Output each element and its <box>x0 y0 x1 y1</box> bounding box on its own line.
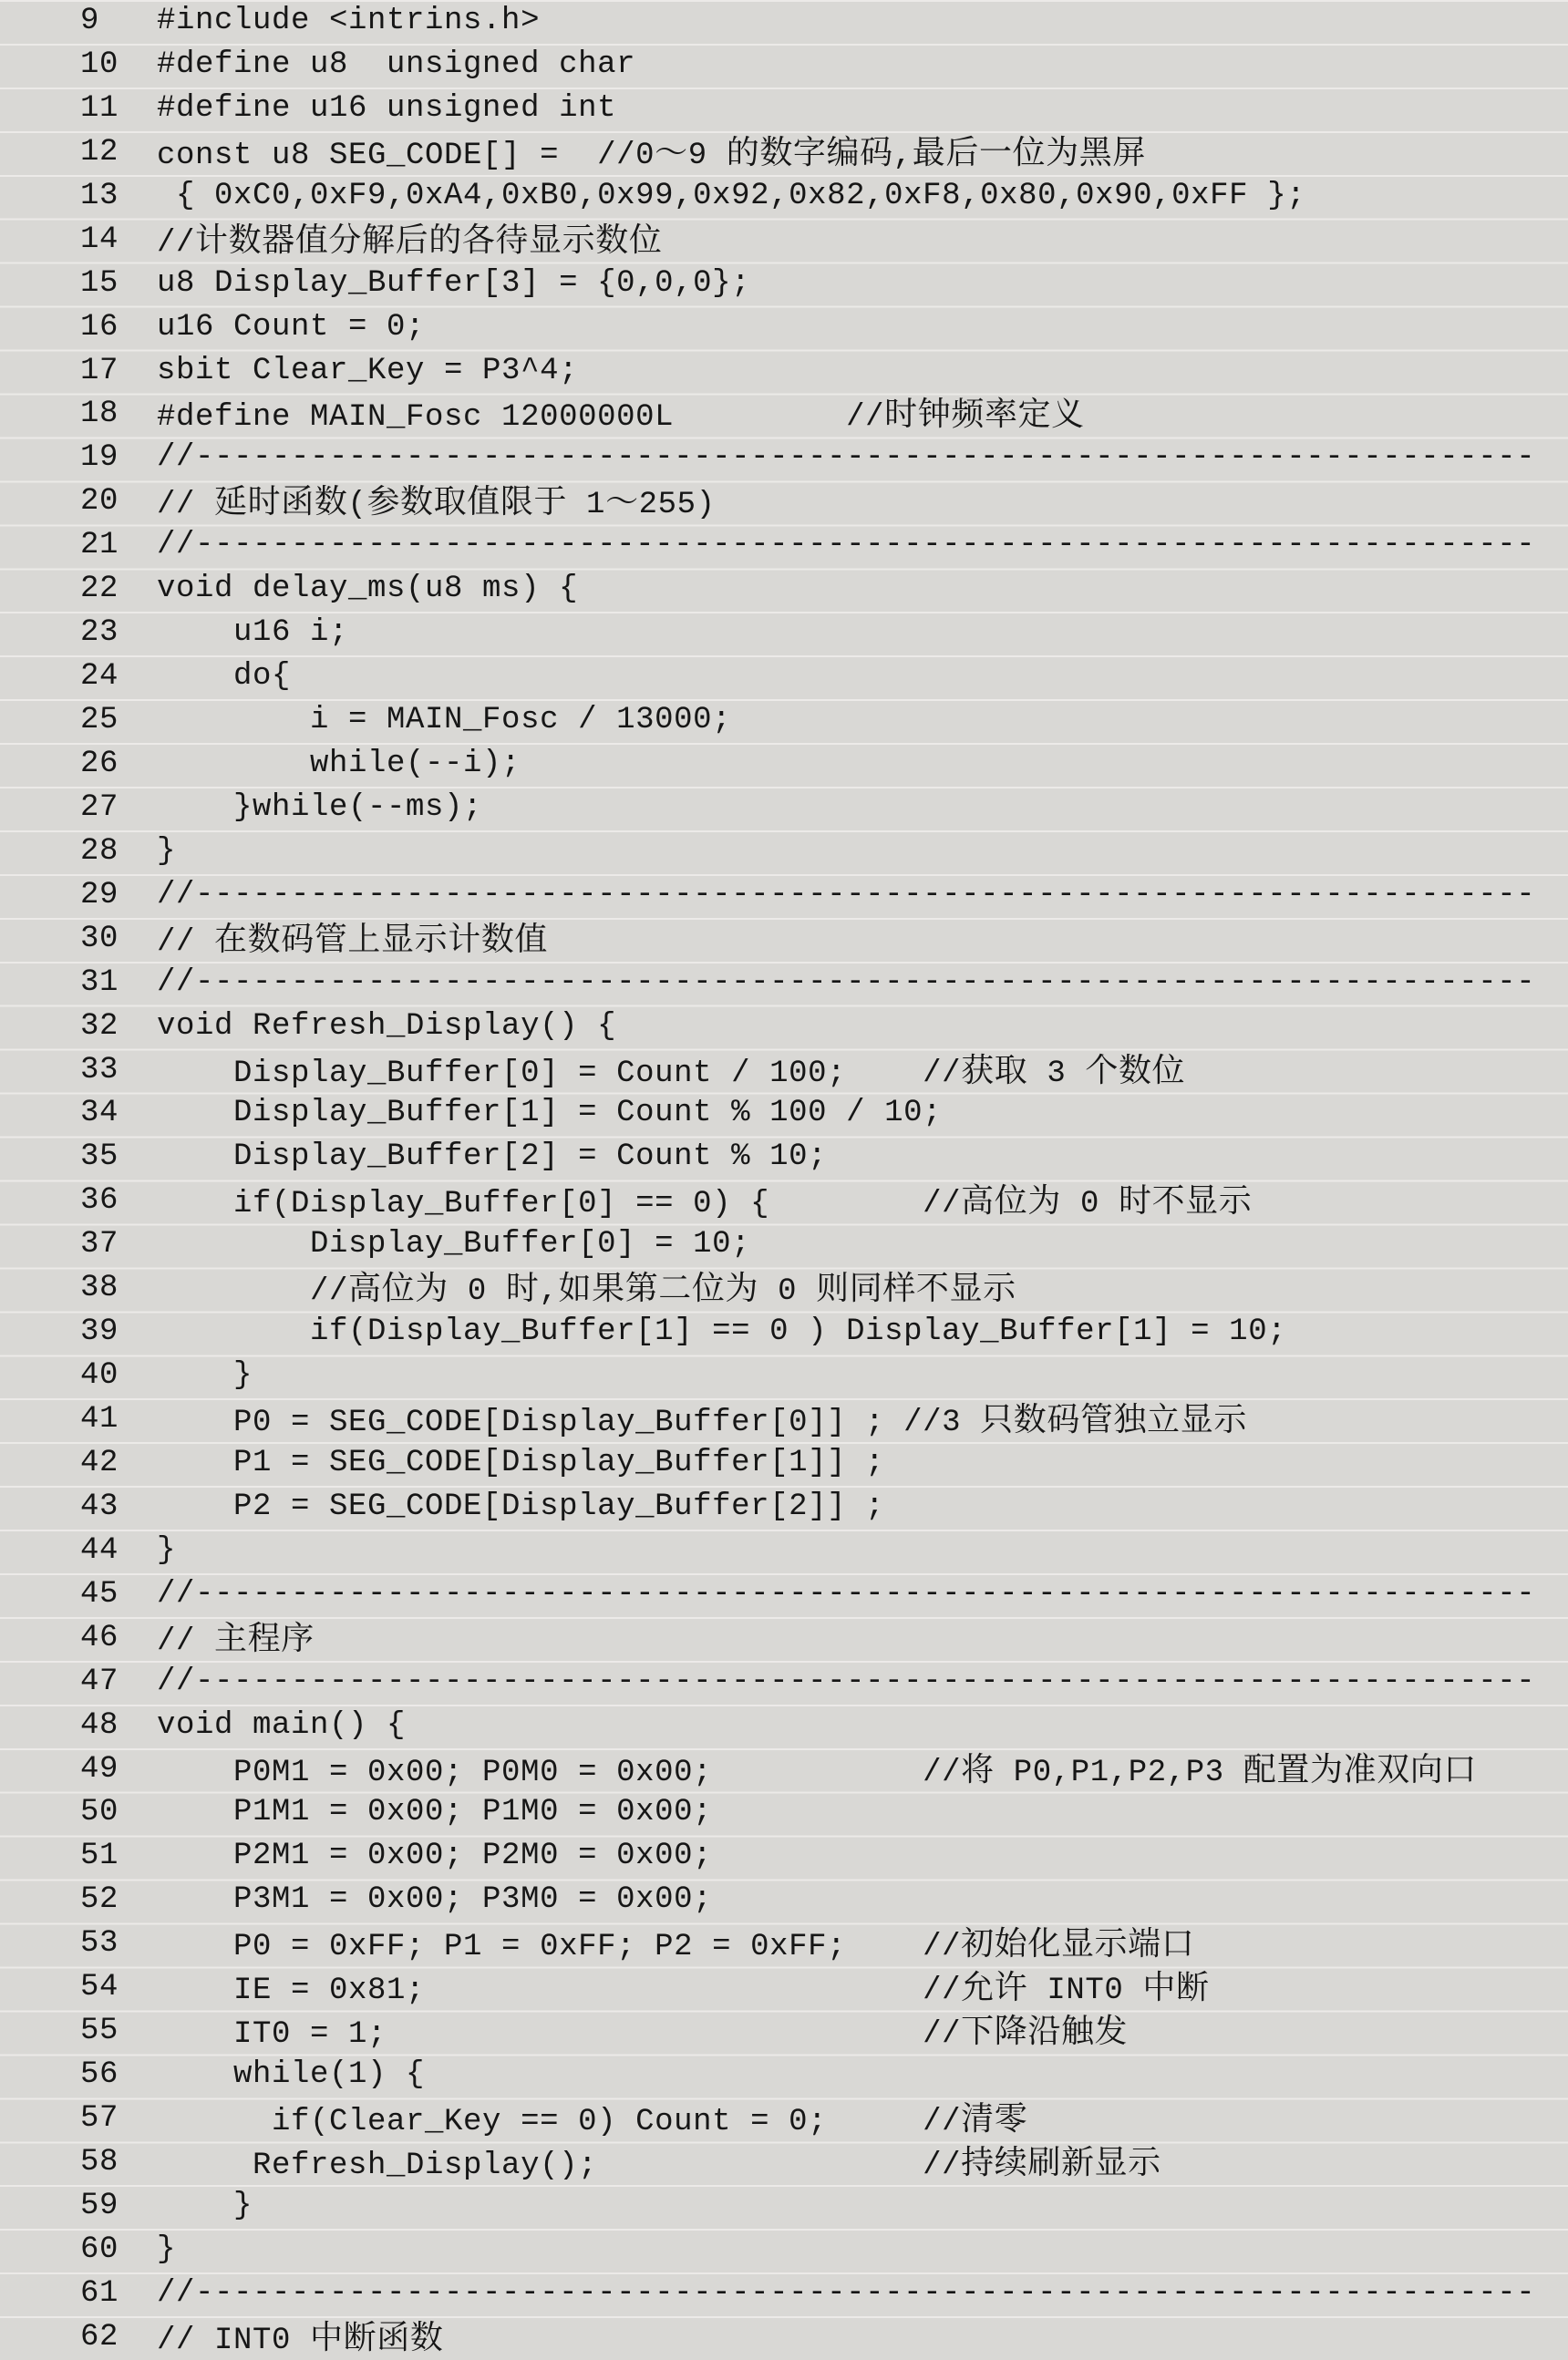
code-text: { 0xC0,0xF9,0xA4,0xB0,0x99,0x92,0x82,0xF… <box>157 175 1305 219</box>
code-line: 12const u8 SEG_CODE[] = //0～9 的数字编码,最后一位… <box>0 131 1568 175</box>
line-number: 53 <box>80 1922 119 1966</box>
code-ascii-text: while(1) { <box>157 2057 425 2092</box>
code-line: 45//------------------------------------… <box>0 1573 1568 1617</box>
code-ascii-text: void delay_ms(u8 ms) { <box>157 572 578 606</box>
line-number: 17 <box>80 350 119 394</box>
line-number: 19 <box>80 437 119 480</box>
code-line: 33 Display_Buffer[0] = Count / 100; //获取… <box>0 1049 1568 1093</box>
line-number: 36 <box>80 1180 119 1223</box>
code-text: P0 = 0xFF; P1 = 0xFF; P2 = 0xFF; //初始化显示… <box>157 1922 1194 1970</box>
comment-cjk-text: 获取 <box>961 1052 1027 1088</box>
line-number: 51 <box>80 1835 119 1879</box>
code-ascii-text: } <box>157 1358 253 1393</box>
code-ascii-text: const u8 SEG_CODE[] = //0 <box>157 139 655 173</box>
code-text: sbit Clear_Key = P3^4; <box>157 350 578 394</box>
code-text: void main() { <box>157 1705 406 1748</box>
code-ascii-text: #define u8 unsigned char <box>157 47 635 82</box>
line-number: 47 <box>80 1661 119 1705</box>
code-text: u16 i; <box>157 612 348 655</box>
code-ascii-text: 9 <box>688 139 727 173</box>
code-line: 56 while(1) { <box>0 2054 1568 2097</box>
line-number: 25 <box>80 699 119 743</box>
code-line: 35 Display_Buffer[2] = Count % 10; <box>0 1136 1568 1180</box>
line-number: 12 <box>80 131 119 175</box>
comment-cjk-text: 将 <box>961 1751 995 1788</box>
code-line: 52 P3M1 = 0x00; P3M0 = 0x00; <box>0 1879 1568 1922</box>
code-ascii-text: , <box>539 1274 558 1309</box>
code-ascii-text: //--------------------------------------… <box>157 528 1535 562</box>
line-number: 52 <box>80 1879 119 1922</box>
code-line: 19//------------------------------------… <box>0 437 1568 480</box>
code-ascii-text: //--------------------------------------… <box>157 1664 1535 1699</box>
comment-cjk-text: 参数取值限于 <box>366 483 567 520</box>
line-number: 23 <box>80 612 119 655</box>
line-number: 24 <box>80 655 119 699</box>
code-line: 43 P2 = SEG_CODE[Display_Buffer[2]] ; <box>0 1486 1568 1530</box>
code-line: 49 P0M1 = 0x00; P0M0 = 0x00; //将 P0,P1,P… <box>0 1748 1568 1792</box>
code-ascii-text: }while(--ms); <box>157 790 482 825</box>
code-ascii-text: P0,P1,P2,P3 <box>995 1756 1243 1790</box>
line-number: 48 <box>80 1705 119 1748</box>
code-ascii-text: 0 <box>449 1274 506 1309</box>
code-ascii-text: u16 Count = 0; <box>157 310 425 345</box>
code-line: 54 IE = 0x81; //允许 INT0 中断 <box>0 1966 1568 2010</box>
code-line: 26 while(--i); <box>0 743 1568 787</box>
comment-cjk-text: 初始化显示端口 <box>961 1925 1194 1962</box>
code-text: if(Display_Buffer[0] == 0) { //高位为 0 时不显… <box>157 1180 1252 1227</box>
code-ascii-text: // <box>157 1624 214 1659</box>
code-ascii-text: } <box>157 2232 176 2267</box>
code-ascii-text: , <box>893 139 913 173</box>
line-number: 10 <box>80 44 119 88</box>
code-text: P3M1 = 0x00; P3M0 = 0x00; <box>157 1879 712 1922</box>
code-text: //--------------------------------------… <box>157 1661 1535 1705</box>
code-text: P1M1 = 0x00; P1M0 = 0x00; <box>157 1791 712 1835</box>
code-text: // 延时函数(参数取值限于 1～255) <box>157 480 716 528</box>
line-number: 54 <box>80 1966 119 2010</box>
code-ascii-text: //--------------------------------------… <box>157 440 1535 475</box>
code-line: 24 do{ <box>0 655 1568 699</box>
code-line: 57 if(Clear_Key == 0) Count = 0; //清零 <box>0 2097 1568 2141</box>
code-ascii-text: // <box>157 925 214 960</box>
code-text: //--------------------------------------… <box>157 437 1535 480</box>
line-number: 38 <box>80 1267 119 1311</box>
code-ascii-text: } <box>157 1533 176 1568</box>
code-text: u8 Display_Buffer[3] = {0,0,0}; <box>157 263 750 306</box>
line-number: 21 <box>80 524 119 568</box>
code-text: //--------------------------------------… <box>157 524 1535 568</box>
code-text: //--------------------------------------… <box>157 2272 1535 2316</box>
code-text: P2M1 = 0x00; P2M0 = 0x00; <box>157 1835 712 1879</box>
line-number: 26 <box>80 743 119 787</box>
comment-cjk-text: 高位为 <box>348 1270 449 1306</box>
code-text: #define u8 unsigned char <box>157 44 635 88</box>
code-ascii-text: #include <intrins.h> <box>157 4 540 38</box>
code-ascii-text: void Refresh_Display() { <box>157 1009 616 1044</box>
code-line: 36 if(Display_Buffer[0] == 0) { //高位为 0 … <box>0 1180 1568 1223</box>
code-line: 10#define u8 unsigned char <box>0 44 1568 88</box>
line-number: 28 <box>80 830 119 874</box>
code-text: while(--i); <box>157 743 521 787</box>
code-text: Display_Buffer[0] = 10; <box>157 1223 750 1267</box>
code-ascii-text: do{ <box>157 659 291 694</box>
comment-cjk-text: 主程序 <box>214 1620 315 1656</box>
code-ascii-text: P0 = SEG_CODE[Display_Buffer[0]] ; //3 <box>157 1406 980 1440</box>
code-ascii-text: IE = 0x81; // <box>157 1974 961 2008</box>
line-number: 58 <box>80 2141 119 2185</box>
line-number: 35 <box>80 1136 119 1180</box>
code-ascii-text: if(Display_Buffer[0] == 0) { // <box>157 1187 961 1221</box>
comment-cjk-text: ～ <box>655 134 688 170</box>
code-text: //计数器值分解后的各待显示数位 <box>157 219 662 266</box>
line-number: 61 <box>80 2272 119 2316</box>
comment-cjk-text: 下降沿触发 <box>961 2013 1128 2049</box>
code-line: 58 Refresh_Display(); //持续刷新显示 <box>0 2141 1568 2185</box>
line-number: 44 <box>80 1530 119 1573</box>
code-text: //高位为 0 时,如果第二位为 0 则同样不显示 <box>157 1267 1016 1314</box>
line-number: 43 <box>80 1486 119 1530</box>
comment-cjk-text: 延时函数 <box>214 483 347 520</box>
code-line: 48void main() { <box>0 1705 1568 1748</box>
line-number: 14 <box>80 219 119 263</box>
line-number: 57 <box>80 2097 119 2141</box>
line-number: 16 <box>80 306 119 350</box>
code-ascii-text: } <box>157 2189 253 2223</box>
code-line: 62// INT0 中断函数 <box>0 2316 1568 2360</box>
code-line: 61//------------------------------------… <box>0 2272 1568 2316</box>
line-number: 18 <box>80 393 119 437</box>
code-text: void delay_ms(u8 ms) { <box>157 568 578 612</box>
comment-cjk-text: 持续刷新显示 <box>961 2144 1161 2180</box>
code-line: 51 P2M1 = 0x00; P2M0 = 0x00; <box>0 1835 1568 1879</box>
comment-cjk-text: ～ <box>605 483 639 520</box>
code-ascii-text: Display_Buffer[0] = Count / 100; // <box>157 1056 961 1091</box>
code-ascii-text: i = MAIN_Fosc / 13000; <box>157 703 731 737</box>
comment-cjk-text: 在数码管上显示计数值 <box>214 921 548 957</box>
code-ascii-text: 255) <box>639 488 716 522</box>
line-number: 9 <box>80 0 99 44</box>
code-ascii-text: //--------------------------------------… <box>157 2276 1535 2311</box>
code-text: } <box>157 2229 176 2272</box>
code-ascii-text: u8 Display_Buffer[3] = {0,0,0}; <box>157 266 750 301</box>
code-ascii-text: while(--i); <box>157 747 521 781</box>
comment-cjk-text: 中断 <box>1142 1969 1209 2005</box>
code-text: do{ <box>157 655 291 699</box>
code-line: 53 P0 = 0xFF; P1 = 0xFF; P2 = 0xFF; //初始… <box>0 1922 1568 1966</box>
code-text: //--------------------------------------… <box>157 874 1535 918</box>
code-ascii-text: //--------------------------------------… <box>157 965 1535 1000</box>
code-line: 16u16 Count = 0; <box>0 306 1568 350</box>
line-number: 27 <box>80 787 119 830</box>
code-text: // 在数码管上显示计数值 <box>157 918 548 965</box>
line-number: 50 <box>80 1791 119 1835</box>
code-text: P0 = SEG_CODE[Display_Buffer[0]] ; //3 只… <box>157 1398 1247 1446</box>
line-number: 32 <box>80 1005 119 1049</box>
code-line: 22void delay_ms(u8 ms) { <box>0 568 1568 612</box>
code-text: IE = 0x81; //允许 INT0 中断 <box>157 1966 1210 2014</box>
comment-cjk-text: 允许 <box>961 1969 1027 2005</box>
code-ascii-text: IT0 = 1; // <box>157 2017 961 2052</box>
code-ascii-text: // <box>157 1274 348 1309</box>
code-line: 28} <box>0 830 1568 874</box>
code-ascii-text: P0M1 = 0x00; P0M0 = 0x00; // <box>157 1756 961 1790</box>
code-listing: 9#include <intrins.h>10#define u8 unsign… <box>0 0 1568 2360</box>
code-text: u16 Count = 0; <box>157 306 425 350</box>
line-number: 13 <box>80 175 119 219</box>
line-number: 29 <box>80 874 119 918</box>
code-line: 39 if(Display_Buffer[1] == 0 ) Display_B… <box>0 1311 1568 1355</box>
code-ascii-text: // <box>157 226 195 261</box>
code-ascii-text: 0 <box>758 1274 816 1309</box>
code-ascii-text: P2M1 = 0x00; P2M0 = 0x00; <box>157 1839 712 1873</box>
code-line: 17sbit Clear_Key = P3^4; <box>0 350 1568 394</box>
line-number: 46 <box>80 1617 119 1661</box>
comment-cjk-text: 最后一位为黑屏 <box>913 134 1146 170</box>
code-ascii-text: P1 = SEG_CODE[Display_Buffer[1]] ; <box>157 1446 884 1480</box>
code-ascii-text: if(Clear_Key == 0) Count = 0; // <box>157 2105 961 2139</box>
line-number: 42 <box>80 1442 119 1486</box>
line-number: 22 <box>80 568 119 612</box>
code-ascii-text: // <box>157 488 214 522</box>
code-ascii-text: P3M1 = 0x00; P3M0 = 0x00; <box>157 1882 712 1917</box>
code-line: 29//------------------------------------… <box>0 874 1568 918</box>
line-number: 34 <box>80 1092 119 1136</box>
code-line: 15u8 Display_Buffer[3] = {0,0,0}; <box>0 263 1568 306</box>
comment-cjk-text: 计数器值分解后的各待显示数位 <box>195 222 662 258</box>
code-text: //--------------------------------------… <box>157 1573 1535 1617</box>
code-ascii-text: P2 = SEG_CODE[Display_Buffer[2]] ; <box>157 1489 884 1524</box>
code-line: 9#include <intrins.h> <box>0 0 1568 44</box>
code-ascii-text: sbit Clear_Key = P3^4; <box>157 354 578 388</box>
comment-cjk-text: 个数位 <box>1085 1052 1185 1088</box>
code-text: }while(--ms); <box>157 787 482 830</box>
code-text: if(Display_Buffer[1] == 0 ) Display_Buff… <box>157 1311 1286 1355</box>
code-ascii-text: Display_Buffer[2] = Count % 10; <box>157 1139 827 1174</box>
comment-cjk-text: 中断函数 <box>310 2319 443 2355</box>
code-line: 14//计数器值分解后的各待显示数位 <box>0 219 1568 263</box>
code-line: 30// 在数码管上显示计数值 <box>0 918 1568 962</box>
line-number: 39 <box>80 1311 119 1355</box>
code-text: void Refresh_Display() { <box>157 1005 616 1049</box>
code-ascii-text: // INT0 <box>157 2324 310 2358</box>
code-line: 44} <box>0 1530 1568 1573</box>
line-number: 20 <box>80 480 119 524</box>
code-ascii-text: 3 <box>1027 1056 1085 1091</box>
code-text: #define MAIN_Fosc 12000000L //时钟频率定义 <box>157 393 1085 440</box>
comment-cjk-text: 如果第二位为 <box>559 1270 759 1306</box>
code-text: #define u16 unsigned int <box>157 88 616 131</box>
code-ascii-text: //--------------------------------------… <box>157 878 1535 912</box>
comment-cjk-text: 高位为 <box>961 1182 1061 1219</box>
line-number: 30 <box>80 918 119 962</box>
code-line: 37 Display_Buffer[0] = 10; <box>0 1223 1568 1267</box>
code-ascii-text: { 0xC0,0xF9,0xA4,0xB0,0x99,0x92,0x82,0xF… <box>157 179 1305 213</box>
code-text: P1 = SEG_CODE[Display_Buffer[1]] ; <box>157 1442 884 1486</box>
comment-cjk-text: 的数字编码 <box>727 134 893 170</box>
code-text: Display_Buffer[1] = Count % 100 / 10; <box>157 1092 942 1136</box>
code-line: 25 i = MAIN_Fosc / 13000; <box>0 699 1568 743</box>
line-number: 15 <box>80 263 119 306</box>
code-ascii-text: //--------------------------------------… <box>157 1577 1535 1612</box>
line-number: 45 <box>80 1573 119 1617</box>
line-number: 59 <box>80 2185 119 2229</box>
line-number: 49 <box>80 1748 119 1792</box>
code-text: P2 = SEG_CODE[Display_Buffer[2]] ; <box>157 1486 884 1530</box>
code-line: 11#define u16 unsigned int <box>0 88 1568 131</box>
code-text: while(1) { <box>157 2054 425 2097</box>
code-text: Display_Buffer[2] = Count % 10; <box>157 1136 827 1180</box>
code-ascii-text: 0 <box>1061 1187 1119 1221</box>
code-text: //--------------------------------------… <box>157 962 1535 1005</box>
code-text: } <box>157 1530 176 1573</box>
code-ascii-text: P0 = 0xFF; P1 = 0xFF; P2 = 0xFF; // <box>157 1930 961 1964</box>
code-line: 23 u16 i; <box>0 612 1568 655</box>
code-ascii-text: void main() { <box>157 1708 406 1743</box>
code-text: IT0 = 1; //下降沿触发 <box>157 2010 1128 2057</box>
code-ascii-text: Display_Buffer[0] = 10; <box>157 1227 750 1262</box>
code-ascii-text: #define MAIN_Fosc 12000000L // <box>157 400 884 435</box>
code-text: } <box>157 830 176 874</box>
code-line: 32void Refresh_Display() { <box>0 1005 1568 1049</box>
code-line: 34 Display_Buffer[1] = Count % 100 / 10; <box>0 1092 1568 1136</box>
code-text: // 主程序 <box>157 1617 315 1664</box>
code-text: const u8 SEG_CODE[] = //0～9 的数字编码,最后一位为黑… <box>157 131 1146 179</box>
code-ascii-text: INT0 <box>1027 1974 1142 2008</box>
comment-cjk-text: 清零 <box>961 2100 1027 2137</box>
code-ascii-text: #define u16 unsigned int <box>157 91 616 126</box>
code-line: 18#define MAIN_Fosc 12000000L //时钟频率定义 <box>0 393 1568 437</box>
comment-cjk-text: 配置为准双向口 <box>1243 1751 1477 1788</box>
code-ascii-text: Refresh_Display(); // <box>157 2149 961 2183</box>
line-number: 55 <box>80 2010 119 2054</box>
code-line: 42 P1 = SEG_CODE[Display_Buffer[1]] ; <box>0 1442 1568 1486</box>
code-line: 21//------------------------------------… <box>0 524 1568 568</box>
comment-cjk-text: 时钟频率定义 <box>884 396 1085 432</box>
code-line: 55 IT0 = 1; //下降沿触发 <box>0 2010 1568 2054</box>
code-ascii-text: if(Display_Buffer[1] == 0 ) Display_Buff… <box>157 1314 1286 1349</box>
code-ascii-text: Display_Buffer[1] = Count % 100 / 10; <box>157 1096 942 1130</box>
code-text: Refresh_Display(); //持续刷新显示 <box>157 2141 1161 2189</box>
code-line: 27 }while(--ms); <box>0 787 1568 830</box>
line-number: 33 <box>80 1049 119 1093</box>
line-number: 11 <box>80 88 119 131</box>
comment-cjk-text: 只数码管独立显示 <box>980 1401 1247 1438</box>
comment-cjk-text: 则同样不显示 <box>816 1270 1016 1306</box>
code-ascii-text: u16 i; <box>157 615 348 650</box>
code-line: 40 } <box>0 1355 1568 1398</box>
line-number: 37 <box>80 1223 119 1267</box>
code-line: 59 } <box>0 2185 1568 2229</box>
line-number: 62 <box>80 2316 119 2360</box>
line-number: 40 <box>80 1355 119 1398</box>
comment-cjk-text: 时不显示 <box>1119 1182 1252 1219</box>
code-ascii-text: 1 <box>567 488 605 522</box>
code-text: // INT0 中断函数 <box>157 2316 443 2360</box>
code-line: 31//------------------------------------… <box>0 962 1568 1005</box>
code-text: } <box>157 2185 253 2229</box>
comment-cjk-text: 时 <box>506 1270 540 1306</box>
code-line: 47//------------------------------------… <box>0 1661 1568 1705</box>
code-line: 41 P0 = SEG_CODE[Display_Buffer[0]] ; //… <box>0 1398 1568 1442</box>
code-ascii-text: } <box>157 834 176 869</box>
code-ascii-text: P1M1 = 0x00; P1M0 = 0x00; <box>157 1795 712 1829</box>
code-text: P0M1 = 0x00; P0M0 = 0x00; //将 P0,P1,P2,P… <box>157 1748 1477 1796</box>
code-text: } <box>157 1355 253 1398</box>
code-line: 13 { 0xC0,0xF9,0xA4,0xB0,0x99,0x92,0x82,… <box>0 175 1568 219</box>
code-line: 50 P1M1 = 0x00; P1M0 = 0x00; <box>0 1791 1568 1835</box>
code-line: 60} <box>0 2229 1568 2272</box>
line-number: 31 <box>80 962 119 1005</box>
line-number: 56 <box>80 2054 119 2097</box>
code-line: 38 //高位为 0 时,如果第二位为 0 则同样不显示 <box>0 1267 1568 1311</box>
code-line: 46// 主程序 <box>0 1617 1568 1661</box>
code-text: if(Clear_Key == 0) Count = 0; //清零 <box>157 2097 1027 2145</box>
code-text: i = MAIN_Fosc / 13000; <box>157 699 731 743</box>
code-text: Display_Buffer[0] = Count / 100; //获取 3 … <box>157 1049 1185 1097</box>
line-number: 60 <box>80 2229 119 2272</box>
code-ascii-text: ( <box>347 488 366 522</box>
code-text: #include <intrins.h> <box>157 0 540 44</box>
code-line: 20// 延时函数(参数取值限于 1～255) <box>0 480 1568 524</box>
line-number: 41 <box>80 1398 119 1442</box>
